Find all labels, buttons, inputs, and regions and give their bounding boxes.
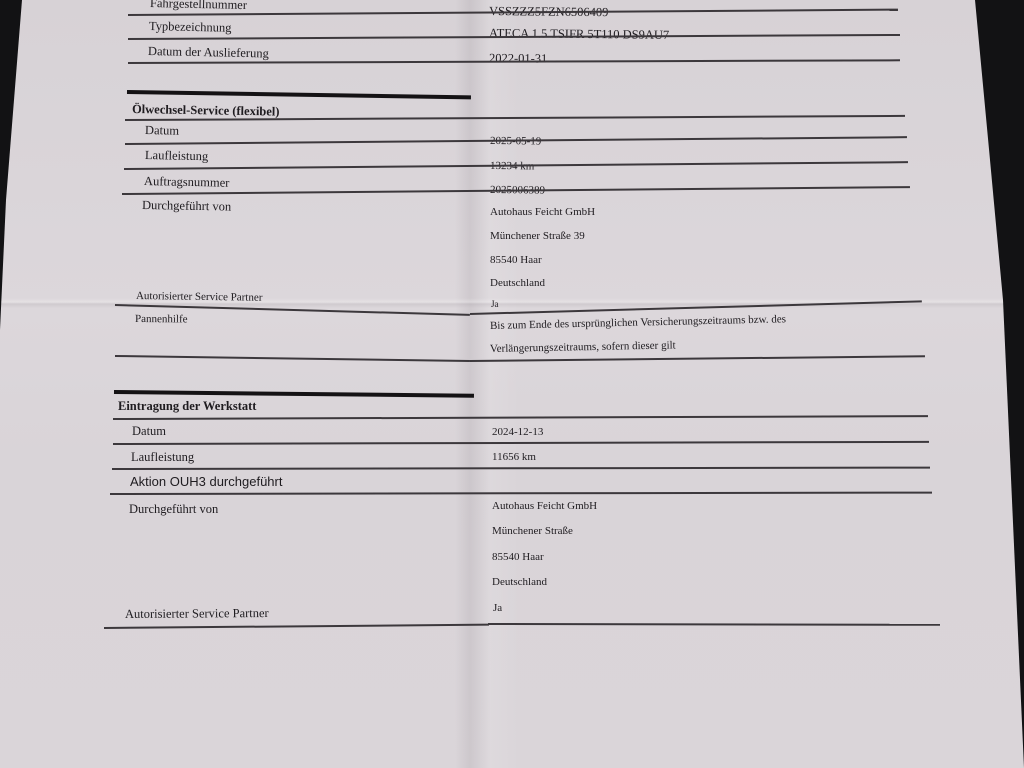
service-record-sheet: Fahrgestellnummer VSSZZZ5FZN6506409 Typb… (0, 0, 1024, 768)
photo-background: Fahrgestellnummer VSSZZZ5FZN6506409 Typb… (0, 0, 1024, 768)
row-divider (113, 415, 928, 419)
row-divider (488, 623, 940, 625)
breakdown-value-line: Bis zum Ende des ursprünglichen Versiche… (490, 313, 786, 332)
row-divider (113, 441, 929, 445)
oil-performed-by-line: Münchener Straße 39 (490, 230, 585, 242)
delivery-label: Datum der Auslieferung (148, 44, 269, 62)
row-divider (470, 355, 925, 361)
oil-date-label: Datum (145, 123, 179, 139)
workshop-performed-by-line: Münchener Straße (492, 525, 573, 537)
type-label: Typbezeichnung (149, 19, 232, 36)
oil-authorized-value: Ja (491, 299, 499, 309)
row-divider (115, 355, 470, 361)
section-rule (127, 90, 471, 99)
section-rule (114, 390, 474, 397)
workshop-authorized-value: Ja (493, 602, 502, 614)
workshop-entry-title: Eintragung der Werkstatt (118, 399, 256, 414)
oil-service-title: Ölwechsel-Service (flexibel) (132, 102, 280, 120)
row-divider (112, 467, 930, 470)
oil-performed-by-line: Autohaus Feicht GmbH (490, 206, 595, 218)
workshop-date-value: 2024-12-13 (492, 426, 543, 438)
oil-mileage-label: Laufleistung (145, 148, 208, 164)
workshop-performed-by-line: 85540 Haar (492, 551, 544, 563)
workshop-performed-by-line: Deutschland (492, 576, 547, 588)
breakdown-label: Pannenhilfe (135, 313, 188, 325)
workshop-performed-by-line: Autohaus Feicht GmbH (492, 500, 597, 512)
workshop-date-label: Datum (132, 424, 166, 439)
oil-performed-by-label: Durchgeführt von (142, 198, 231, 215)
workshop-mileage-label: Laufleistung (131, 450, 194, 465)
workshop-mileage-value: 11656 km (492, 451, 536, 463)
chassis-label: Fahrgestellnummer (150, 0, 247, 13)
row-divider (110, 492, 932, 495)
row-divider (104, 624, 489, 629)
delivery-value: 2022-01-31 (489, 51, 547, 67)
oil-performed-by-line: 85540 Haar (490, 254, 542, 266)
oil-order-label: Auftragsnummer (144, 174, 230, 191)
workshop-performed-by-label: Durchgeführt von (129, 502, 218, 517)
workshop-authorized-label: Autorisierter Service Partner (125, 606, 269, 622)
oil-date-value: 2025-05-19 (490, 135, 541, 148)
workshop-action-label: Aktion OUH3 durchgeführt (130, 474, 282, 489)
oil-authorized-label: Autorisierter Service Partner (136, 290, 263, 304)
breakdown-value-line: Verlängerungszeitraums, sofern dieser gi… (490, 339, 676, 355)
oil-performed-by-line: Deutschland (490, 277, 545, 289)
